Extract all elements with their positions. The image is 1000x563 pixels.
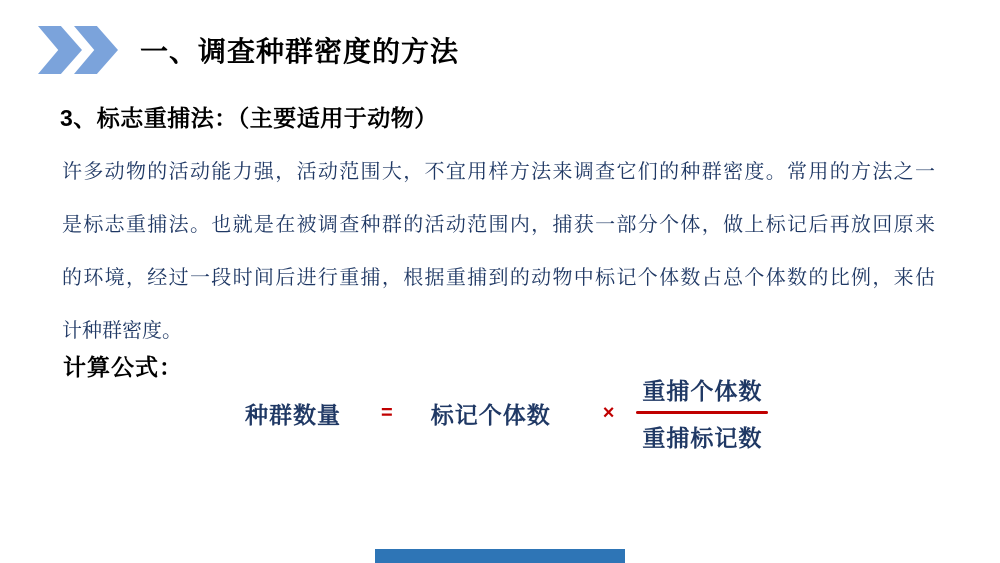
chevron-right-icon xyxy=(38,26,82,74)
formula-fraction: 重捕个体数 重捕标记数 xyxy=(636,373,768,453)
formula-marked-count: 标记个体数 xyxy=(431,397,551,430)
paragraph-line-3: 的环境，经过一段时间后进行重捕，根据重捕到的动物中标记个体数占总个体数的比例，来… xyxy=(62,252,935,305)
equals-sign: = xyxy=(381,402,393,425)
formula: 种群数量 = 标记个体数 × 重捕个体数 重捕标记数 xyxy=(245,374,768,452)
body-paragraph: 许多动物的活动能力强，活动范围大，不宜用样方法来调查它们的种群密度。常用的方法之… xyxy=(62,146,935,358)
paragraph-line-1: 许多动物的活动能力强，活动范围大，不宜用样方法来调查它们的种群密度。常用的方法之… xyxy=(62,146,935,199)
fraction-denominator: 重捕标记数 xyxy=(636,420,768,453)
title-row: 一、调查种群密度的方法 xyxy=(38,26,459,74)
slide-subtitle: 3、标志重捕法：（主要适用于动物） xyxy=(60,100,438,133)
slide-title: 一、调查种群密度的方法 xyxy=(140,30,459,70)
slide: 一、调查种群密度的方法 3、标志重捕法：（主要适用于动物） 许多动物的活动能力强… xyxy=(0,0,1000,563)
double-chevron-icon xyxy=(38,26,118,74)
formula-label: 计算公式： xyxy=(63,349,183,382)
fraction-bar xyxy=(636,411,768,414)
fraction-numerator: 重捕个体数 xyxy=(636,373,768,406)
paragraph-line-4: 计种群密度。 xyxy=(62,305,935,358)
multiply-sign: × xyxy=(603,402,615,425)
bottom-accent-bar xyxy=(375,549,625,563)
formula-population-count: 种群数量 xyxy=(245,397,341,430)
paragraph-line-2: 是标志重捕法。也就是在被调查种群的活动范围内，捕获一部分个体，做上标记后再放回原… xyxy=(62,199,935,252)
